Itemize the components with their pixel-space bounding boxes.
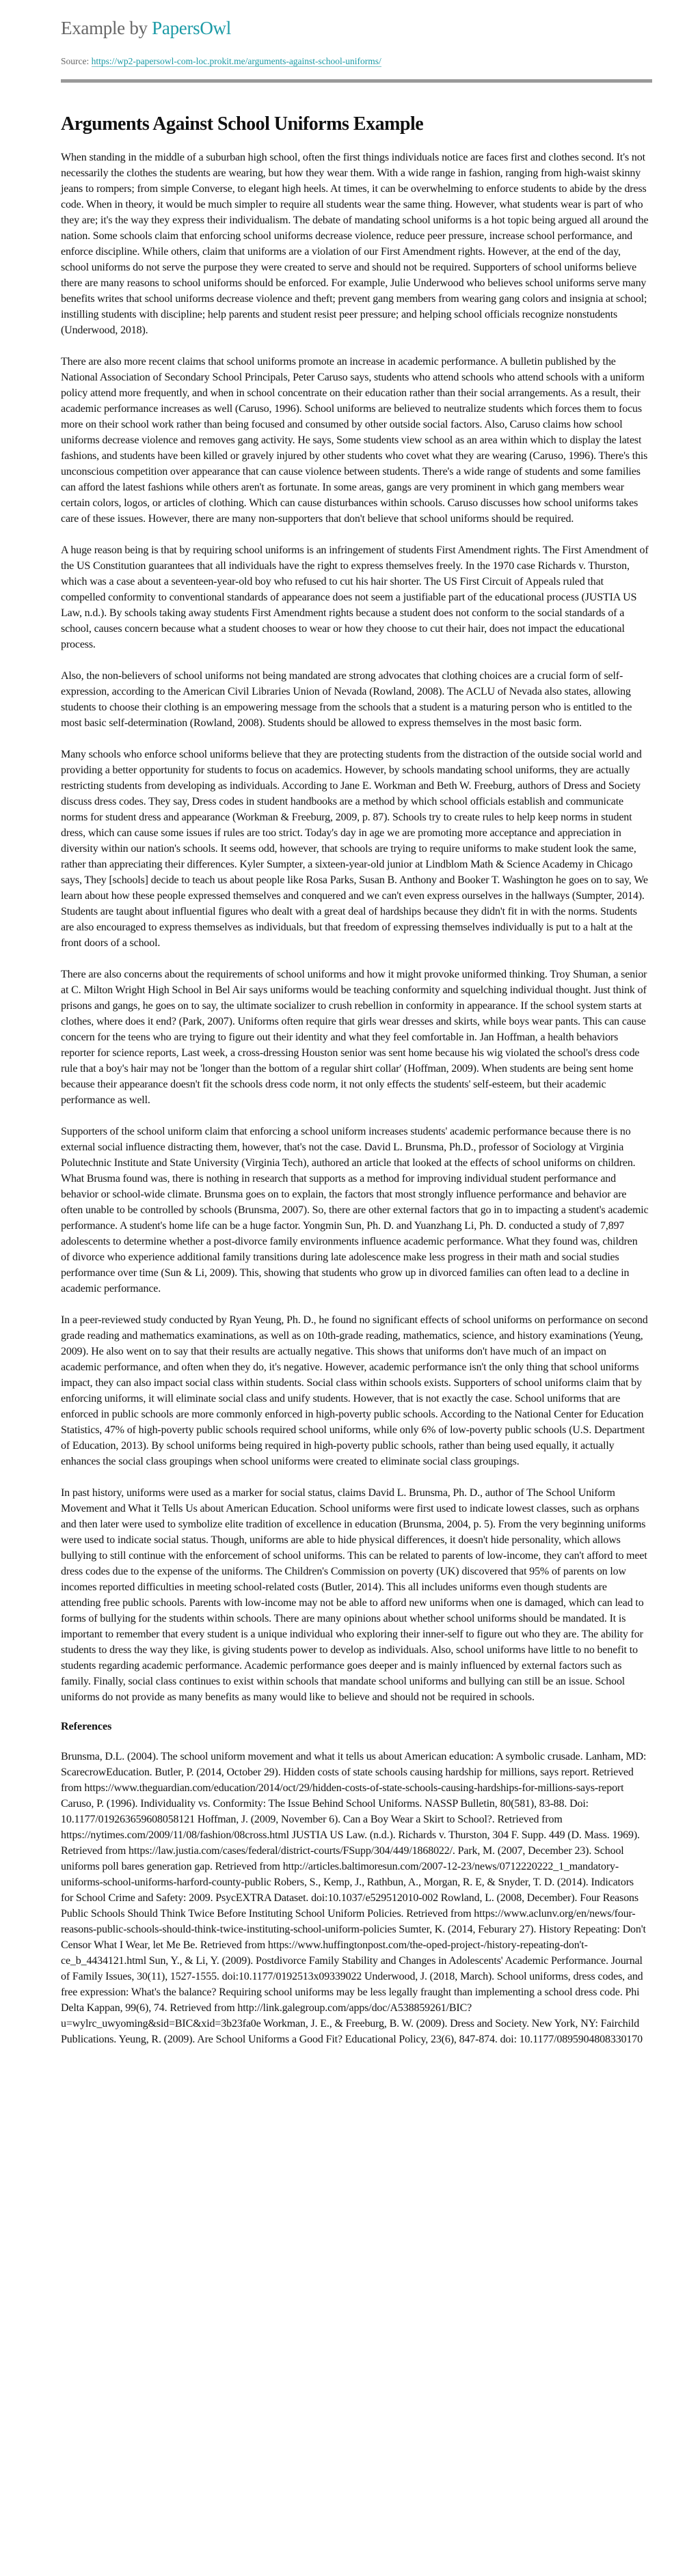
essay-paragraph: In past history, uniforms were used as a… [61, 1485, 649, 1705]
essay-paragraph: Supporters of the school uniform claim t… [61, 1124, 649, 1297]
essay-paragraph: Also, the non-believers of school unifor… [61, 668, 649, 731]
references-heading: References [61, 1721, 640, 1733]
essay-paragraph: Many schools who enforce school uniforms… [61, 747, 649, 951]
site-brand: Example by PapersOwl [61, 0, 640, 56]
document-page: Example by PapersOwl Source: https://wp2… [0, 0, 700, 2075]
page-title: Arguments Against School Uniforms Exampl… [61, 113, 640, 135]
bottom-spacer [61, 2047, 640, 2075]
source-line: Source: https://wp2-papersowl-com-loc.pr… [61, 56, 640, 74]
essay-paragraph: When standing in the middle of a suburba… [61, 150, 649, 338]
essay-paragraph: In a peer-reviewed study conducted by Ry… [61, 1312, 649, 1469]
header-divider [61, 79, 652, 83]
brand-prefix: Example by [61, 18, 152, 38]
brand-name: PapersOwl [152, 18, 231, 38]
essay-paragraph: There are also concerns about the requir… [61, 967, 649, 1108]
source-link[interactable]: https://wp2-papersowl-com-loc.prokit.me/… [92, 56, 381, 67]
source-label: Source: [61, 56, 92, 66]
references-list: Brunsma, D.L. (2004). The school uniform… [61, 1749, 649, 2047]
essay-paragraph: A huge reason being is that by requiring… [61, 542, 649, 652]
essay-paragraph: There are also more recent claims that s… [61, 354, 649, 527]
